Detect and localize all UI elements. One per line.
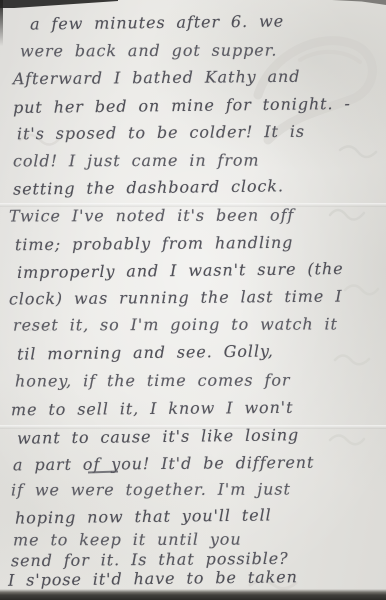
handwriting-line: honey, if the time comes for — [15, 371, 290, 391]
handwriting-line: time; probably from handling — [15, 233, 293, 254]
handwriting-line: hoping now that you'll tell — [15, 505, 272, 527]
handwriting-line: were back and got supper. — [20, 41, 277, 61]
handwriting-line: setting the dashboard clock. — [13, 176, 284, 198]
handwriting-line: me to sell it, I know I won't — [11, 398, 294, 419]
handwriting-line: Afterward I bathed Kathy and — [13, 67, 300, 89]
handwriting-line: Twice I've noted it's been off — [9, 206, 294, 226]
handwriting-line: if we were together. I'm just — [11, 480, 291, 500]
handwriting-line: cold! I just came in from — [13, 151, 260, 171]
letter-page: a few minutes after 6. we were back and … — [0, 0, 386, 600]
handwriting-line: a part of you! It'd be different — [13, 453, 314, 475]
handwriting-line: clock) was running the last time I — [9, 287, 343, 309]
handwriting-line: til morning and see. Golly, — [17, 341, 274, 363]
handwriting-line: want to cause it's like losing — [17, 425, 299, 447]
handwriting-line: I s'pose it'd have to be taken — [8, 567, 298, 590]
handwriting-line: improperly and I wasn't sure (the — [17, 259, 344, 282]
handwriting-line: me to keep it until you — [13, 530, 242, 550]
handwriting-line: reset it, so I'm going to watch it — [13, 314, 338, 334]
scan-edge-bottom — [0, 589, 386, 600]
scan-edge-left — [0, 0, 3, 46]
handwriting-line: it's sposed to be colder! It is — [17, 122, 305, 144]
handwriting-line: a few minutes after 6. we — [30, 11, 284, 33]
